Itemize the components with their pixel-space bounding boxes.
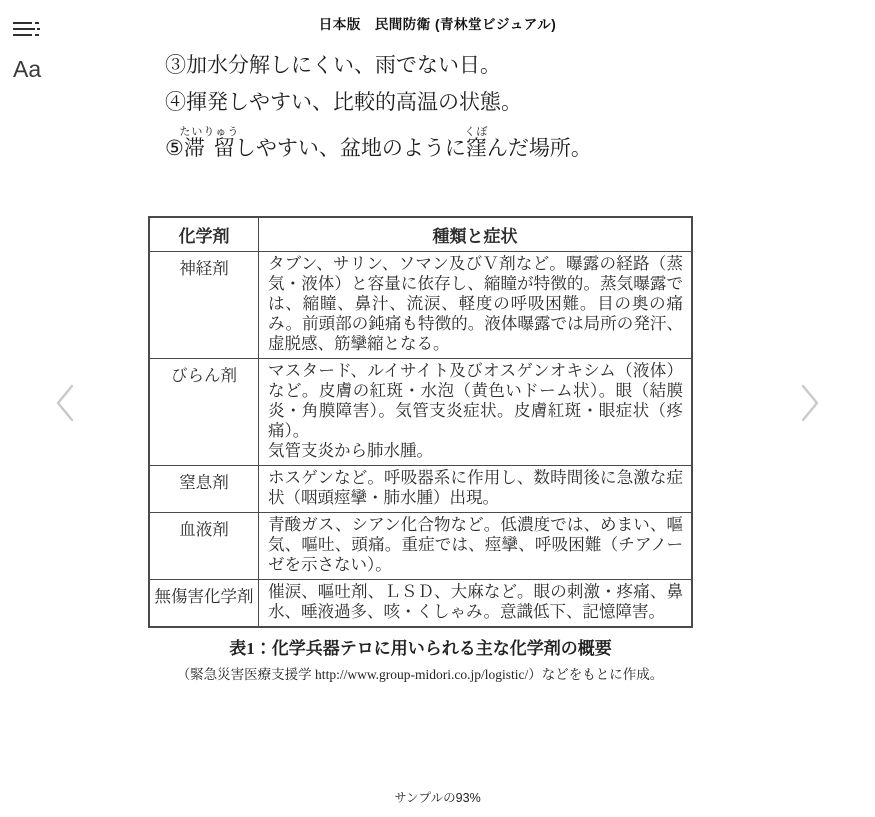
line5-suffix: んだ場所。 [487,137,592,160]
ruby-kubo-furigana: くぼ [464,126,488,138]
table-row: 血液剤 青酸ガス、シアン化合物など。低濃度では、めまい、嘔気、嘔吐、頭痛。重症で… [149,512,692,579]
line5-middle: しやすい、盆地のように [235,137,466,160]
desc-cell: マスタード、ルイサイト及びオスゲンオキシム（液体）など。皮膚の紅斑・水泡（黄色い… [259,358,693,465]
font-settings-button[interactable]: Aa [13,56,41,83]
table-figure: 化学剤 種類と症状 神経剤 タブン、サリン、ソマン及びＶ剤など。曝露の経路（蒸気… [148,216,700,683]
reader-text: ③加水分解しにくい、雨でない日。 ④揮発しやすい、比較的高温の状態。 ⑤滞留たい… [148,53,700,162]
chevron-left-icon [52,381,78,425]
table-row: 窒息剤 ホスゲンなど。呼吸器系に作用し、数時間後に急激な症状（咽頭痙攣・肺水腫）… [149,465,692,512]
table-source: （緊急災害医療支援学 http://www.group-midori.co.jp… [140,663,700,683]
table-header-agent: 化学剤 [149,217,259,252]
prev-page-button[interactable] [50,380,80,428]
reader-line-4: ④揮発しやすい、比較的高温の状態。 [165,90,700,116]
table-caption: 表1：化学兵器テロに用いられる主な化学剤の概要 [148,634,693,659]
agent-cell: 無傷害化学剤 [149,579,259,627]
ruby-tairyu-base: 滞留 [179,137,239,160]
table-header-row: 化学剤 種類と症状 [149,217,692,252]
desc-cell: ホスゲンなど。呼吸器系に作用し、数時間後に急激な症状（咽頭痙攣・肺水腫）出現。 [259,465,693,512]
desc-cell: 青酸ガス、シアン化合物など。低濃度では、めまい、嘔気、嘔吐、頭痛。重症では、痙攣… [259,512,693,579]
reader-line-3: ③加水分解しにくい、雨でない日。 [165,53,700,79]
agent-cell: 血液剤 [149,512,259,579]
ruby-kubo-base: 窪 [464,137,488,160]
next-page-button[interactable] [795,380,825,428]
agent-cell: びらん剤 [149,358,259,465]
chemical-agents-table: 化学剤 種類と症状 神経剤 タブン、サリン、ソマン及びＶ剤など。曝露の経路（蒸気… [148,216,693,628]
table-row: びらん剤 マスタード、ルイサイト及びオスゲンオキシム（液体）など。皮膚の紅斑・水… [149,358,692,465]
desc-cell: 催涙、嘔吐剤、ＬＳＤ、大麻など。眼の刺激・疼痛、鼻水、唾液過多、咳・くしゃみ。意… [259,579,693,627]
reader-line-5: ⑤滞留たいりゅうしやすい、盆地のように窪くぼんだ場所。 [165,126,700,162]
ruby-kubo: 窪くぼ [466,137,487,160]
ruby-tairyu-furigana: たいりゅう [179,126,239,138]
table-row: 無傷害化学剤 催涙、嘔吐剤、ＬＳＤ、大麻など。眼の刺激・疼痛、鼻水、唾液過多、咳… [149,579,692,627]
agent-cell: 神経剤 [149,251,259,358]
chevron-right-icon [797,381,823,425]
page-title: 日本版 民間防衛 (青林堂ビジュアル) [0,13,875,33]
table-row: 神経剤 タブン、サリン、ソマン及びＶ剤など。曝露の経路（蒸気・液体）と容量に依存… [149,251,692,358]
agent-cell: 窒息剤 [149,465,259,512]
ruby-tairyu: 滞留たいりゅう [184,137,235,160]
reader-page: ③加水分解しにくい、雨でない日。 ④揮発しやすい、比較的高温の状態。 ⑤滞留たい… [148,53,700,683]
table-header-desc: 種類と症状 [259,217,693,252]
desc-cell: タブン、サリン、ソマン及びＶ剤など。曝露の経路（蒸気・液体）と容量に依存し、縮瞳… [259,251,693,358]
progress-label: サンプルの93% [0,788,875,806]
